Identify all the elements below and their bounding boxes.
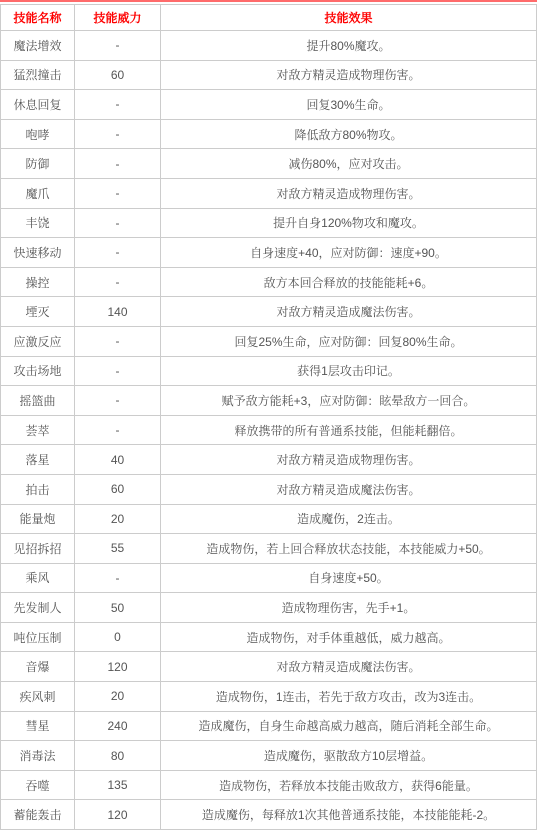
skill-name-cell: 魔爪 [1, 178, 75, 208]
skill-name-cell: 堙灭 [1, 297, 75, 327]
skill-name-cell: 消毒法 [1, 741, 75, 771]
skill-row: 丰饶-提升自身120%物攻和魔攻。 [1, 208, 537, 238]
skill-row: 吨位压制0造成物伤，对手体重越低，威力越高。 [1, 622, 537, 652]
skill-effect-cell: 造成魔伤，自身生命越高威力越高，随后消耗全部生命。 [161, 711, 537, 741]
skill-effect-cell: 回复30%生命。 [161, 90, 537, 120]
skill-table-body: 魔法增效-提升80%魔攻。猛烈撞击60对敌方精灵造成物理伤害。休息回复-回复30… [1, 31, 537, 830]
header-skill-name: 技能名称 [1, 5, 75, 31]
skill-name-cell: 荟萃 [1, 415, 75, 445]
skill-power-cell: 20 [75, 504, 161, 534]
skill-effect-cell: 造成物伤，对手体重越低，威力越高。 [161, 622, 537, 652]
skill-name-cell: 疾风刺 [1, 682, 75, 712]
skill-effect-cell: 释放携带的所有普通系技能，但能耗翻倍。 [161, 415, 537, 445]
skill-effect-cell: 自身速度+40，应对防御：速度+90。 [161, 238, 537, 268]
skill-power-cell: - [75, 178, 161, 208]
skill-name-cell: 吞噬 [1, 770, 75, 800]
skill-row: 应激反应-回复25%生命，应对防御：回复80%生命。 [1, 326, 537, 356]
skill-name-cell: 吨位压制 [1, 622, 75, 652]
skill-power-cell: - [75, 563, 161, 593]
skill-name-cell: 攻击场地 [1, 356, 75, 386]
skill-row: 魔法增效-提升80%魔攻。 [1, 31, 537, 61]
skill-row: 见招拆招55造成物伤，若上回合释放状态技能，本技能威力+50。 [1, 534, 537, 564]
skill-name-cell: 丰饶 [1, 208, 75, 238]
skill-effect-cell: 赋予敌方能耗+3，应对防御：眩晕敌方一回合。 [161, 386, 537, 416]
skill-name-cell: 猛烈撞击 [1, 60, 75, 90]
skill-row: 能量炮20造成魔伤，2连击。 [1, 504, 537, 534]
skill-name-cell: 蓄能轰击 [1, 800, 75, 830]
skill-power-cell: - [75, 326, 161, 356]
skill-row: 快速移动-自身速度+40，应对防御：速度+90。 [1, 238, 537, 268]
skill-power-cell: - [75, 31, 161, 61]
skill-power-cell: 40 [75, 445, 161, 475]
skill-table-header-row: 技能名称 技能威力 技能效果 [1, 5, 537, 31]
skill-effect-cell: 造成物伤，若释放本技能击败敌方，获得6能量。 [161, 770, 537, 800]
skill-row: 乘风-自身速度+50。 [1, 563, 537, 593]
skill-name-cell: 落星 [1, 445, 75, 475]
skill-row: 堙灭140对敌方精灵造成魔法伤害。 [1, 297, 537, 327]
skill-row: 休息回复-回复30%生命。 [1, 90, 537, 120]
skill-row: 先发制人50造成物理伤害，先手+1。 [1, 593, 537, 623]
skill-power-cell: 80 [75, 741, 161, 771]
skill-row: 猛烈撞击60对敌方精灵造成物理伤害。 [1, 60, 537, 90]
skill-effect-cell: 敌方本回合释放的技能能耗+6。 [161, 267, 537, 297]
skill-effect-cell: 对敌方精灵造成魔法伤害。 [161, 474, 537, 504]
skill-name-cell: 咆哮 [1, 119, 75, 149]
skill-power-cell: 140 [75, 297, 161, 327]
skill-power-cell: 60 [75, 474, 161, 504]
skill-name-cell: 能量炮 [1, 504, 75, 534]
skill-name-cell: 见招拆招 [1, 534, 75, 564]
skill-power-cell: 120 [75, 800, 161, 830]
skill-row: 彗星240造成魔伤，自身生命越高威力越高，随后消耗全部生命。 [1, 711, 537, 741]
skill-name-cell: 拍击 [1, 474, 75, 504]
skill-effect-cell: 减伤80%，应对攻击。 [161, 149, 537, 179]
skill-row: 消毒法80造成魔伤，驱散敌方10层增益。 [1, 741, 537, 771]
skill-power-cell: - [75, 386, 161, 416]
skill-power-cell: 60 [75, 60, 161, 90]
skill-effect-cell: 回复25%生命，应对防御：回复80%生命。 [161, 326, 537, 356]
skill-name-cell: 魔法增效 [1, 31, 75, 61]
skill-name-cell: 音爆 [1, 652, 75, 682]
skill-effect-cell: 对敌方精灵造成魔法伤害。 [161, 652, 537, 682]
skill-row: 攻击场地-获得1层攻击印记。 [1, 356, 537, 386]
header-skill-effect: 技能效果 [161, 5, 537, 31]
skill-effect-cell: 降低敌方80%物攻。 [161, 119, 537, 149]
skill-effect-cell: 自身速度+50。 [161, 563, 537, 593]
skill-power-cell: 0 [75, 622, 161, 652]
red-top-divider [0, 0, 537, 2]
skill-power-cell: - [75, 267, 161, 297]
skill-effect-cell: 造成魔伤，驱散敌方10层增益。 [161, 741, 537, 771]
skill-row: 疾风刺20造成物伤，1连击，若先于敌方攻击，改为3连击。 [1, 682, 537, 712]
skill-power-cell: 55 [75, 534, 161, 564]
skill-effect-cell: 造成物伤，1连击，若先于敌方攻击，改为3连击。 [161, 682, 537, 712]
skill-name-cell: 乘风 [1, 563, 75, 593]
skill-row: 摇篮曲-赋予敌方能耗+3，应对防御：眩晕敌方一回合。 [1, 386, 537, 416]
skill-effect-cell: 提升自身120%物攻和魔攻。 [161, 208, 537, 238]
skill-name-cell: 先发制人 [1, 593, 75, 623]
skill-name-cell: 操控 [1, 267, 75, 297]
skill-power-cell: - [75, 119, 161, 149]
skill-power-cell: - [75, 90, 161, 120]
skill-power-cell: 135 [75, 770, 161, 800]
skill-name-cell: 摇篮曲 [1, 386, 75, 416]
skill-row: 咆哮-降低敌方80%物攻。 [1, 119, 537, 149]
skill-power-cell: 120 [75, 652, 161, 682]
skill-row: 吞噬135造成物伤，若释放本技能击败敌方，获得6能量。 [1, 770, 537, 800]
skill-effect-cell: 对敌方精灵造成物理伤害。 [161, 445, 537, 475]
skill-row: 防御-减伤80%，应对攻击。 [1, 149, 537, 179]
skill-power-cell: - [75, 149, 161, 179]
skill-row: 音爆120对敌方精灵造成魔法伤害。 [1, 652, 537, 682]
skill-name-cell: 彗星 [1, 711, 75, 741]
skill-power-cell: - [75, 208, 161, 238]
header-skill-power: 技能威力 [75, 5, 161, 31]
skill-power-cell: - [75, 415, 161, 445]
skill-effect-cell: 造成魔伤，2连击。 [161, 504, 537, 534]
skill-row: 拍击60对敌方精灵造成魔法伤害。 [1, 474, 537, 504]
skill-row: 蓄能轰击120造成魔伤，每释放1次其他普通系技能，本技能能耗-2。 [1, 800, 537, 830]
skill-effect-cell: 造成物伤，若上回合释放状态技能，本技能威力+50。 [161, 534, 537, 564]
skill-power-cell: - [75, 238, 161, 268]
skill-effect-cell: 对敌方精灵造成物理伤害。 [161, 178, 537, 208]
skill-power-cell: 20 [75, 682, 161, 712]
skill-power-cell: - [75, 356, 161, 386]
skill-name-cell: 防御 [1, 149, 75, 179]
skill-effect-cell: 获得1层攻击印记。 [161, 356, 537, 386]
skill-row: 荟萃-释放携带的所有普通系技能，但能耗翻倍。 [1, 415, 537, 445]
skill-effect-cell: 对敌方精灵造成物理伤害。 [161, 60, 537, 90]
skill-effect-cell: 造成物理伤害，先手+1。 [161, 593, 537, 623]
skill-name-cell: 快速移动 [1, 238, 75, 268]
skill-row: 操控-敌方本回合释放的技能能耗+6。 [1, 267, 537, 297]
skill-power-cell: 50 [75, 593, 161, 623]
skill-effect-cell: 造成魔伤，每释放1次其他普通系技能，本技能能耗-2。 [161, 800, 537, 830]
skill-name-cell: 应激反应 [1, 326, 75, 356]
skill-power-cell: 240 [75, 711, 161, 741]
skill-effect-cell: 对敌方精灵造成魔法伤害。 [161, 297, 537, 327]
skill-row: 魔爪-对敌方精灵造成物理伤害。 [1, 178, 537, 208]
skill-table: 技能名称 技能威力 技能效果 魔法增效-提升80%魔攻。猛烈撞击60对敌方精灵造… [0, 4, 537, 830]
skill-effect-cell: 提升80%魔攻。 [161, 31, 537, 61]
skill-row: 落星40对敌方精灵造成物理伤害。 [1, 445, 537, 475]
skill-name-cell: 休息回复 [1, 90, 75, 120]
